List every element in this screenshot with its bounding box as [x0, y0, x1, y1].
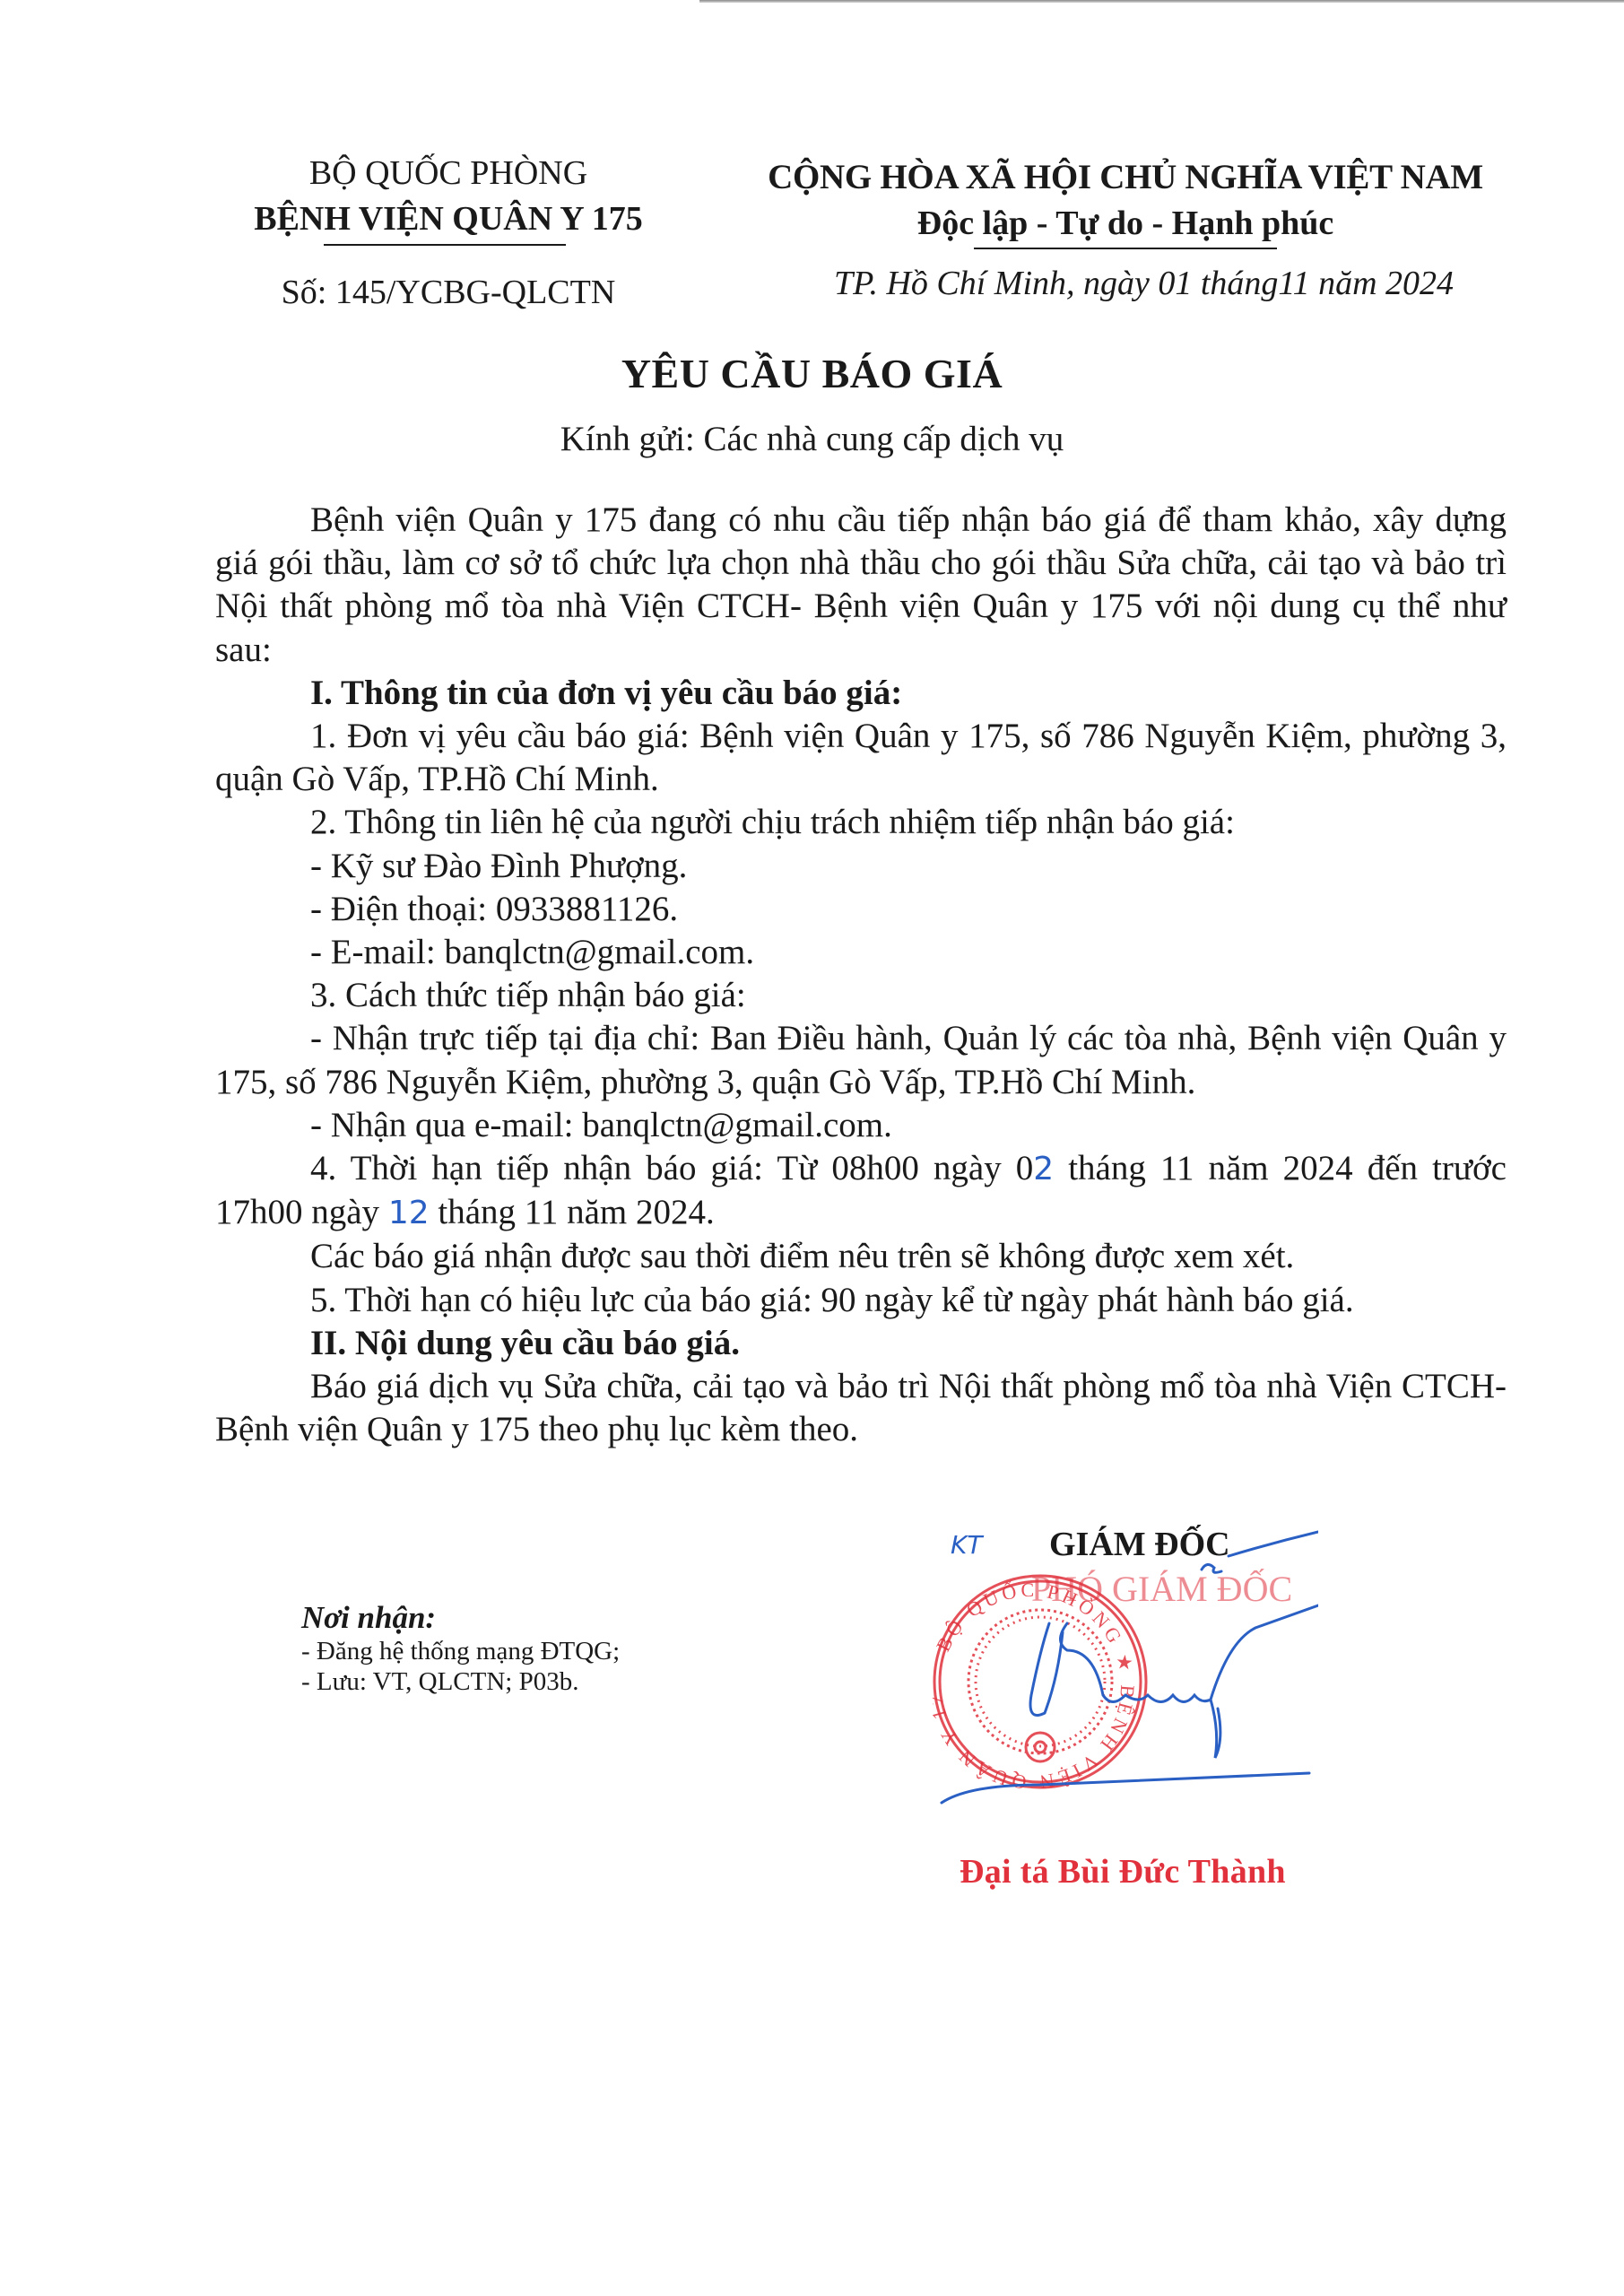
hospital-underline	[324, 244, 566, 246]
item-4-part3: tháng 11 năm 2024.	[430, 1193, 715, 1231]
document-number: Số: 145/YCBG-QLCTN	[206, 273, 690, 312]
section1-heading: I. Thông tin của đơn vị yêu cầu báo giá:	[215, 672, 1507, 715]
handwritten-start-day: 2	[1033, 1151, 1054, 1187]
section2-heading: II. Nội dung yêu cầu báo giá.	[215, 1322, 1507, 1365]
motto-underline	[974, 248, 1277, 249]
ministry-name: BỘ QUỐC PHÒNG	[206, 151, 690, 196]
recipient-item: - Lưu: VT, QLCTN; P03b.	[301, 1666, 620, 1697]
dateline: TP. Hồ Chí Minh, ngày 01 tháng11 năm 202…	[834, 264, 1454, 303]
contact-name: - Kỹ sư Đào Đình Phượng.	[215, 845, 1507, 888]
signer-name: Đại tá Bùi Đức Thành	[960, 1852, 1286, 1892]
svg-text:KT: KT	[951, 1530, 984, 1560]
section2-text: Báo giá dịch vụ Sửa chữa, cải tạo và bảo…	[215, 1365, 1507, 1451]
late-notice: Các báo giá nhận được sau thời điểm nêu …	[215, 1235, 1507, 1278]
hospital-name: BỆNH VIỆN QUÂN Y 175	[206, 196, 690, 242]
national-motto: Độc lập - Tự do - Hạnh phúc	[726, 201, 1524, 246]
issuer-block: BỘ QUỐC PHÒNG BỆNH VIỆN QUÂN Y 175 Số: 1…	[206, 151, 690, 312]
item-2: 2. Thông tin liên hệ của người chịu trác…	[215, 801, 1507, 844]
recipient-line: Kính gửi: Các nhà cung cấp dịch vụ	[0, 419, 1624, 459]
recipient-item: - Đăng hệ thống mạng ĐTQG;	[301, 1636, 620, 1666]
receive-direct: - Nhận trực tiếp tại địa chỉ: Ban Điều h…	[215, 1017, 1507, 1103]
contact-email: - E-mail: banqlctn@gmail.com.	[215, 931, 1507, 974]
national-header: CỘNG HÒA XÃ HỘI CHỦ NGHĨA VIỆT NAM Độc l…	[726, 154, 1524, 249]
document-body: Bệnh viện Quân y 175 đang có nhu cầu tiế…	[215, 499, 1507, 1451]
item-4-part1: 4. Thời hạn tiếp nhận báo giá: Từ 08h00 …	[310, 1149, 1033, 1187]
republic-name: CỘNG HÒA XÃ HỘI CHỦ NGHĨA VIỆT NAM	[726, 154, 1524, 201]
receive-email: - Nhận qua e-mail: banqlctn@gmail.com.	[215, 1104, 1507, 1147]
item-4: 4. Thời hạn tiếp nhận báo giá: Từ 08h00 …	[215, 1147, 1507, 1235]
intro-paragraph: Bệnh viện Quân y 175 đang có nhu cầu tiế…	[215, 499, 1507, 672]
svg-text:PHÓ GIÁM ĐỐC: PHÓ GIÁM ĐỐC	[1031, 1569, 1292, 1609]
signatory-title: GIÁM ĐỐC	[1049, 1525, 1230, 1564]
item-5: 5. Thời hạn có hiệu lực của báo giá: 90 …	[215, 1279, 1507, 1322]
item-1: 1. Đơn vị yêu cầu báo giá: Bệnh viện Quâ…	[215, 715, 1507, 801]
scan-edge-artifact	[699, 0, 1624, 3]
recipients-title: Nơi nhận:	[301, 1600, 620, 1636]
item-3: 3. Cách thức tiếp nhận báo giá:	[215, 974, 1507, 1017]
handwritten-end-day: 12	[388, 1195, 430, 1231]
recipients-block: Nơi nhận: - Đăng hệ thống mạng ĐTQG; - L…	[301, 1600, 620, 1697]
document-title: YÊU CẦU BÁO GIÁ	[0, 350, 1624, 397]
contact-phone: - Điện thoại: 0933881126.	[215, 888, 1507, 931]
